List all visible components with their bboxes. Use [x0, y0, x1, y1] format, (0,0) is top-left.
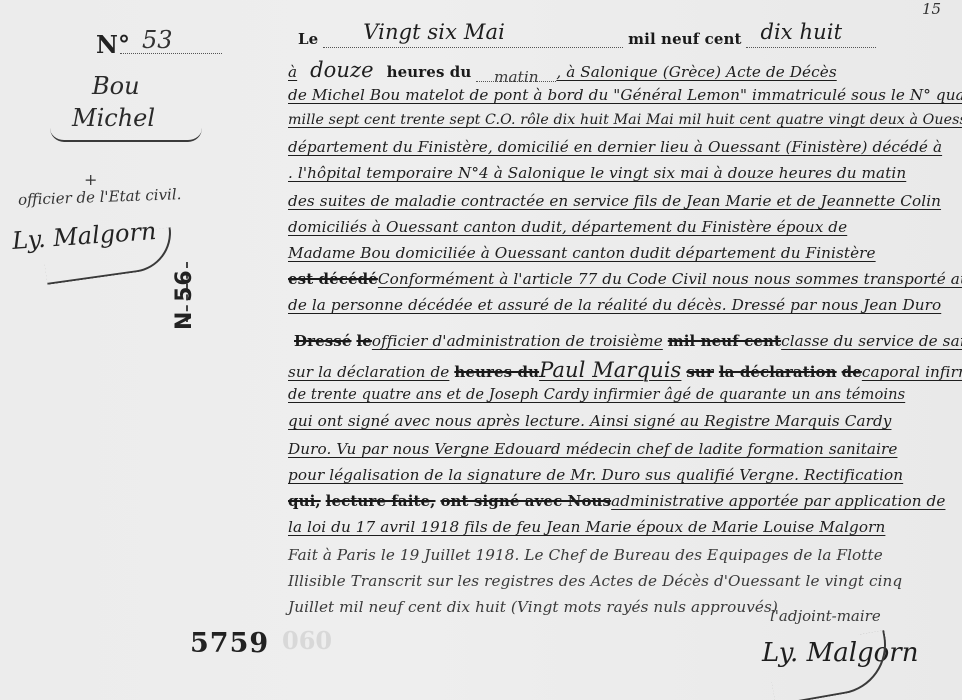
day-month-value: Vingt six Mai — [363, 20, 505, 44]
vertical-register-stamp: N 56 — [172, 269, 197, 330]
qui-lecture-line: qui, lecture faite, ont signé avec Nousa… — [288, 492, 945, 510]
record-line: Conformément à l'article 77 du Code Civi… — [378, 270, 962, 288]
declaration-line: sur la déclaration de heures duPaul Marq… — [288, 358, 962, 382]
record-line: Illisible Transcrit sur les registres de… — [288, 572, 902, 590]
year-field: dix huit — [746, 34, 876, 48]
year-value: dix huit — [760, 20, 842, 44]
record-line: classe du service de santé + — [781, 332, 962, 350]
dresse-line: Dressé leofficier d'administration de tr… — [294, 332, 962, 350]
record-line: Madame Bou domiciliée à Ouessant canton … — [288, 244, 876, 262]
record-line: la loi du 17 avril 1918 fils de feu Jean… — [288, 518, 885, 536]
record-line: sur la déclaration de — [288, 363, 449, 381]
struck-printed-text: qui, — [288, 492, 321, 510]
closing-title: l'adjoint-maire — [770, 607, 881, 625]
hours-label: heures du — [387, 63, 472, 81]
record-line: . l'hôpital temporaire N°4 à Salonique l… — [288, 164, 906, 182]
faded-stamp-number: 060 — [282, 626, 332, 655]
hour-value: douze — [310, 58, 374, 82]
deceased-surname: Bou — [92, 72, 140, 100]
record-line: officier d'administration de troisième — [372, 332, 663, 350]
stamped-page-number: 5759 — [190, 628, 269, 659]
record-line: Juillet mil neuf cent dix huit (Vingt mo… — [288, 598, 778, 616]
record-line: domiciliés à Ouessant canton dudit, dépa… — [288, 218, 847, 236]
scanned-register-page: N° 53 Bou Michel + officier de l'Etat ci… — [0, 0, 962, 700]
struck-printed-text: ont signé avec Nous — [440, 492, 611, 510]
struck-printed-text: est décédé — [288, 270, 378, 288]
record-line: qui ont signé avec nous après lecture. A… — [288, 412, 891, 430]
margin-column: N° 53 Bou Michel + officier de l'Etat ci… — [0, 0, 260, 700]
record-line: département du Finistère, domicilié en d… — [288, 138, 942, 156]
record-line: Duro. Vu par nous Vergne Edouard médecin… — [288, 440, 897, 458]
record-line: Paul Marquis — [539, 358, 681, 382]
record-line: de Michel Bou matelot de pont à bord du … — [288, 86, 962, 104]
record-line: de trente quatre ans et de Joseph Cardy … — [288, 386, 905, 403]
struck-printed-text: la déclaration — [719, 363, 837, 381]
struck-printed-text: de — [842, 363, 862, 381]
header-hour-line: à douze heures du matin, à Salonique (Gr… — [288, 58, 837, 82]
record-line: , à Salonique (Grèce) Acte de Décès — [556, 63, 836, 81]
record-line: Fait à Paris le 19 Juillet 1918. Le Chef… — [288, 546, 883, 564]
record-line: administrative apportée par application … — [611, 492, 945, 510]
struck-printed-text: le — [356, 332, 371, 350]
le-label: Le — [298, 30, 318, 48]
year-label: mil neuf cent — [628, 30, 741, 48]
record-line: des suites de maladie contractée en serv… — [288, 192, 941, 210]
header-date-line: Le Vingt six Mai mil neuf cent dix huit — [298, 30, 876, 48]
record-line: mille sept cent trente sept C.O. rôle di… — [288, 112, 962, 128]
struck-printed-text: sur — [686, 363, 714, 381]
struck-printed-text: heures du — [454, 363, 539, 381]
acte-number-value: 53 — [120, 26, 222, 54]
record-line: de la personne décédée et assuré de la r… — [288, 296, 941, 314]
conformement-line: est décédéConformément à l'article 77 du… — [288, 270, 962, 288]
death-cross-icon: + — [84, 170, 97, 189]
struck-printed-text: lecture faite, — [326, 492, 436, 510]
folio-number: 15 — [922, 0, 941, 18]
record-line: caporal infirmier âgé — [862, 363, 962, 381]
struck-printed-text: Dressé — [294, 332, 352, 350]
a-label: à — [288, 63, 297, 81]
date-field: Vingt six Mai — [323, 34, 623, 48]
period-value: matin — [476, 68, 556, 82]
name-underline-flourish — [50, 128, 202, 142]
officer-label: officier de l'Etat civil. — [18, 185, 182, 209]
record-line: pour légalisation de la signature de Mr.… — [288, 466, 903, 484]
struck-printed-text: mil neuf cent — [668, 332, 781, 350]
